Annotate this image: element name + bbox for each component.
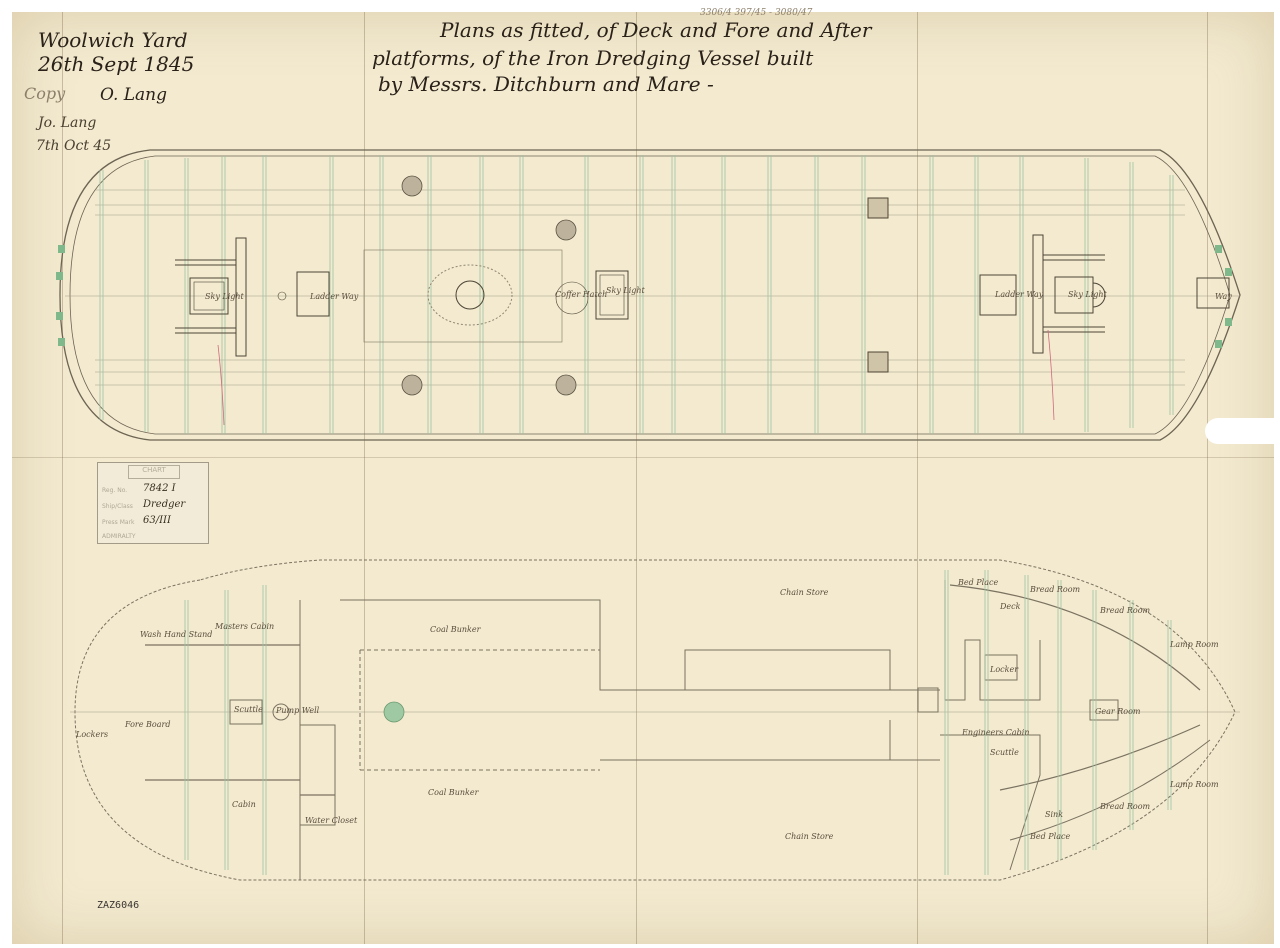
compartment-label: Way [1215, 292, 1232, 301]
compartment-label: Bread Room [1100, 802, 1150, 811]
stamp-press-mark: 63/III [143, 515, 171, 526]
compartment-label: Locker [990, 665, 1018, 674]
paper-tear [1205, 418, 1275, 444]
title-line-2: platforms, of the Iron Dredging Vessel b… [372, 46, 813, 70]
compartment-label: Coffer Hatch [555, 290, 607, 299]
compartment-label: Deck [1000, 602, 1020, 611]
compartment-label: Coal Bunker [430, 625, 480, 634]
bollard-icon [868, 352, 888, 372]
compartment-label: Chain Store [780, 588, 828, 597]
stamp-label: ADMIRALTY [102, 533, 136, 540]
stamp-heading: CHART [128, 465, 180, 479]
title-line-3: by Messrs. Ditchburn and Mare - [378, 72, 714, 96]
compartment-label: Ladder Way [310, 292, 358, 301]
stamp-label: Press Mark [102, 519, 135, 526]
reference-code: ZAZ6046 [97, 900, 139, 911]
scuttle-icon [556, 220, 576, 240]
stamp-label: Ship/Class [102, 503, 133, 510]
compartment-label: Bread Room [1030, 585, 1080, 594]
compartment-label: Bread Room [1100, 606, 1150, 615]
compartment-label: Pump Well [276, 706, 319, 715]
date-note: 26th Sept 1845 [38, 52, 194, 76]
compartment-label: Ladder Way [995, 290, 1043, 299]
signature: O. Lang [100, 85, 167, 105]
copy-signature: Jo. Lang [38, 115, 96, 131]
stamp-ship-class: Dredger [143, 499, 185, 510]
compartment-label: Lamp Room [1170, 780, 1219, 789]
stamp-reg-no: 7842 I [143, 483, 176, 494]
compartment-label: Scuttle [234, 705, 263, 714]
compartment-label: Bed Place [1030, 832, 1070, 841]
red-pencil-lines [218, 330, 1054, 425]
compartment-label: Water Closet [305, 816, 357, 825]
compartment-label: Sink [1045, 810, 1063, 819]
compartment-label: Cabin [232, 800, 256, 809]
archive-stamp: CHART Reg. No. 7842 I Ship/Class Dredger… [97, 462, 209, 544]
compartment-label: Sky Light [606, 286, 645, 295]
compartment-label: Scuttle [990, 748, 1019, 757]
catalogue-annotation: 3306/4 397/45 - 3080/47 [700, 8, 812, 18]
compartment-label: Fore Board [125, 720, 170, 729]
scuttle-icon [402, 375, 422, 395]
compartment-label: Masters Cabin [215, 622, 274, 631]
copy-note: Copy [24, 84, 65, 103]
stamp-label: Reg. No. [102, 487, 127, 494]
place-note: Woolwich Yard [38, 28, 188, 52]
compartment-label: Coal Bunker [428, 788, 478, 797]
bollard-icon [868, 198, 888, 218]
compartment-label: Engineers Cabin [962, 728, 1030, 737]
compartment-label: Sky Light [1068, 290, 1107, 299]
compartment-label: Gear Room [1095, 707, 1141, 716]
compartment-label: Lamp Room [1170, 640, 1219, 649]
scuttle-icon [402, 176, 422, 196]
scuttle-icon [556, 375, 576, 395]
compartment-label: Bed Place [958, 578, 998, 587]
compartment-label: Wash Hand Stand [140, 630, 212, 639]
copy-date: 7th Oct 45 [36, 138, 111, 154]
compartment-label: Sky Light [205, 292, 244, 301]
title-line-1: Plans as fitted, of Deck and Fore and Af… [440, 18, 871, 42]
compartment-label: Lockers [76, 730, 108, 739]
compartment-label: Chain Store [785, 832, 833, 841]
green-scuttle-icon [384, 702, 404, 722]
